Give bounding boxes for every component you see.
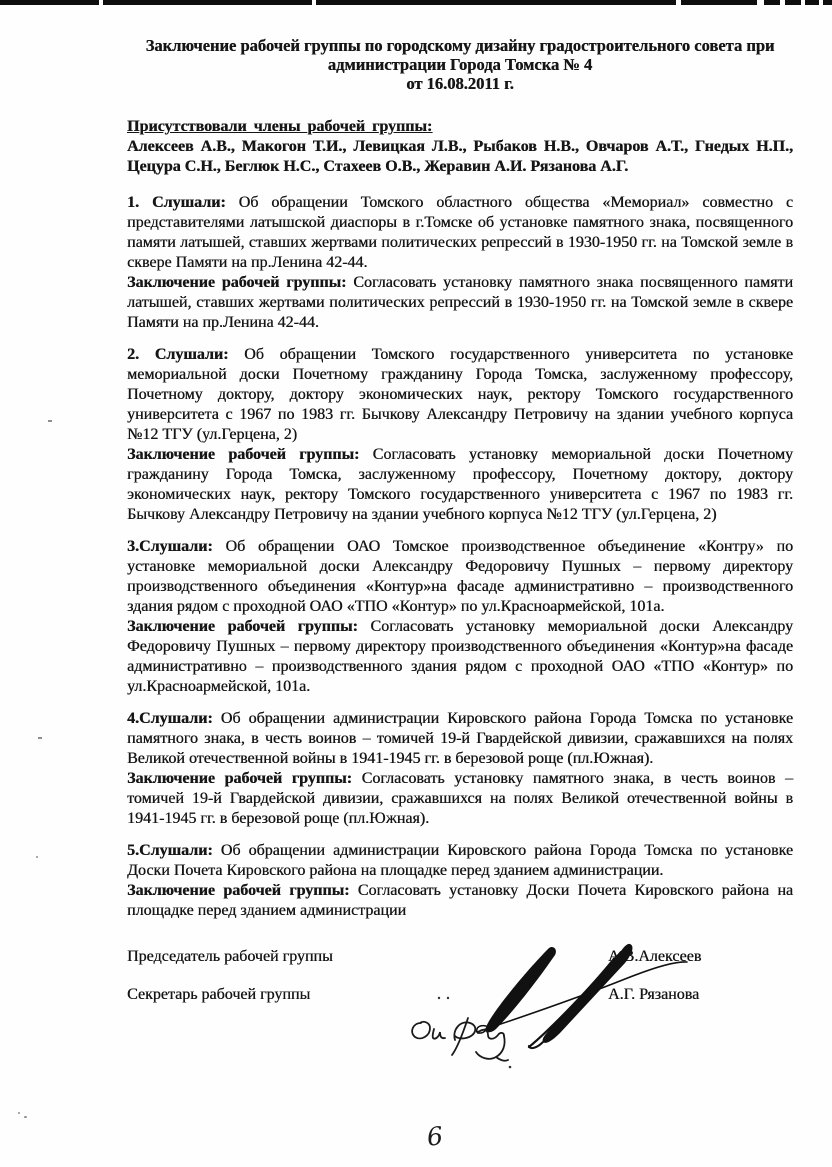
conclusion-label: Заключение рабочей группы:: [127, 882, 349, 899]
heard-label: 5.Слушали:: [127, 842, 213, 859]
scan-top-edge: [0, 0, 832, 5]
doc-title: Заключение рабочей группы по городскому …: [127, 36, 793, 93]
heard-text: Об обращении ОАО Томское производственно…: [127, 538, 793, 615]
attendees-names: Алексеев А.В., Макогон Т.И., Левицкая Л.…: [127, 137, 793, 177]
scan-speck: [48, 420, 52, 422]
title-line-2: администрации Города Томска № 4: [127, 55, 793, 74]
section-5: 5.Слушали: Об обращении администрации Ки…: [127, 841, 793, 921]
ink-dots: [438, 997, 512, 1068]
conclusion-label: Заключение рабочей группы:: [127, 770, 352, 787]
heard-paragraph: 3.Слушали: Об обращении ОАО Томское прои…: [127, 537, 793, 617]
conclusion-label: Заключение рабочей группы:: [127, 446, 359, 463]
secretary-signature-row: Секретарь рабочей группы А.Г. Рязанова: [127, 985, 793, 1005]
heard-paragraph: 1. Слушали: Об обращении Томского област…: [127, 193, 793, 273]
section-2: 2. Слушали: Об обращении Томского госуда…: [127, 345, 793, 525]
page-number-handwritten: 6: [426, 1121, 445, 1152]
heard-paragraph: 2. Слушали: Об обращении Томского госуда…: [127, 345, 793, 445]
heard-label: 1. Слушали:: [127, 194, 226, 211]
title-line-3: от 16.08.2011 г.: [127, 74, 793, 93]
document-content: Заключение рабочей группы по городскому …: [127, 36, 793, 1005]
scan-speck: [18, 1112, 20, 1114]
attendees-heading: Присутствовали члены рабочей группы:: [127, 117, 793, 137]
section-1: 1. Слушали: Об обращении Томского област…: [127, 193, 793, 333]
section-3: 3.Слушали: Об обращении ОАО Томское прои…: [127, 537, 793, 697]
heard-label: 3.Слушали:: [127, 538, 213, 555]
chairman-signature-row: Председатель рабочей группы А.В.Алексеев: [127, 947, 793, 967]
heard-text: Об обращении администрации Кировского ра…: [127, 710, 793, 767]
heard-paragraph: 5.Слушали: Об обращении администрации Ки…: [127, 841, 793, 881]
title-line-1: Заключение рабочей группы по городскому …: [127, 36, 793, 55]
heard-label: 2. Слушали:: [127, 346, 228, 363]
conclusion-label: Заключение рабочей группы:: [127, 618, 358, 635]
conclusion-paragraph: Заключение рабочей группы: Согласовать у…: [127, 881, 793, 921]
conclusion-label: Заключение рабочей группы:: [127, 274, 346, 291]
conclusion-paragraph: Заключение рабочей группы: Согласовать у…: [127, 769, 793, 829]
ryazanova-signature: [412, 1018, 508, 1061]
heard-text: Об обращении администрации Кировского ра…: [127, 842, 793, 879]
conclusion-paragraph: Заключение рабочей группы: Согласовать у…: [127, 617, 793, 697]
secretary-role: Секретарь рабочей группы: [127, 985, 310, 1005]
document-page: Заключение рабочей группы по городскому …: [0, 0, 832, 1167]
scan-speck: [24, 1116, 27, 1118]
signature-block: Председатель рабочей группы А.В.Алексеев…: [127, 947, 793, 1005]
scan-speck: [36, 856, 38, 858]
section-4: 4.Слушали: Об обращении администрации Ки…: [127, 709, 793, 829]
heard-label: 4.Слушали:: [127, 710, 213, 727]
heard-paragraph: 4.Слушали: Об обращении администрации Ки…: [127, 709, 793, 769]
conclusion-paragraph: Заключение рабочей группы: Согласовать у…: [127, 445, 793, 525]
conclusion-paragraph: Заключение рабочей группы: Согласовать у…: [127, 273, 793, 333]
heard-text: Об обращении Томского областного обществ…: [127, 194, 793, 271]
chairman-name: А.В.Алексеев: [608, 947, 701, 967]
chairman-role: Председатель рабочей группы: [127, 947, 333, 967]
scan-speck: [38, 737, 42, 739]
secretary-name: А.Г. Рязанова: [608, 985, 699, 1005]
